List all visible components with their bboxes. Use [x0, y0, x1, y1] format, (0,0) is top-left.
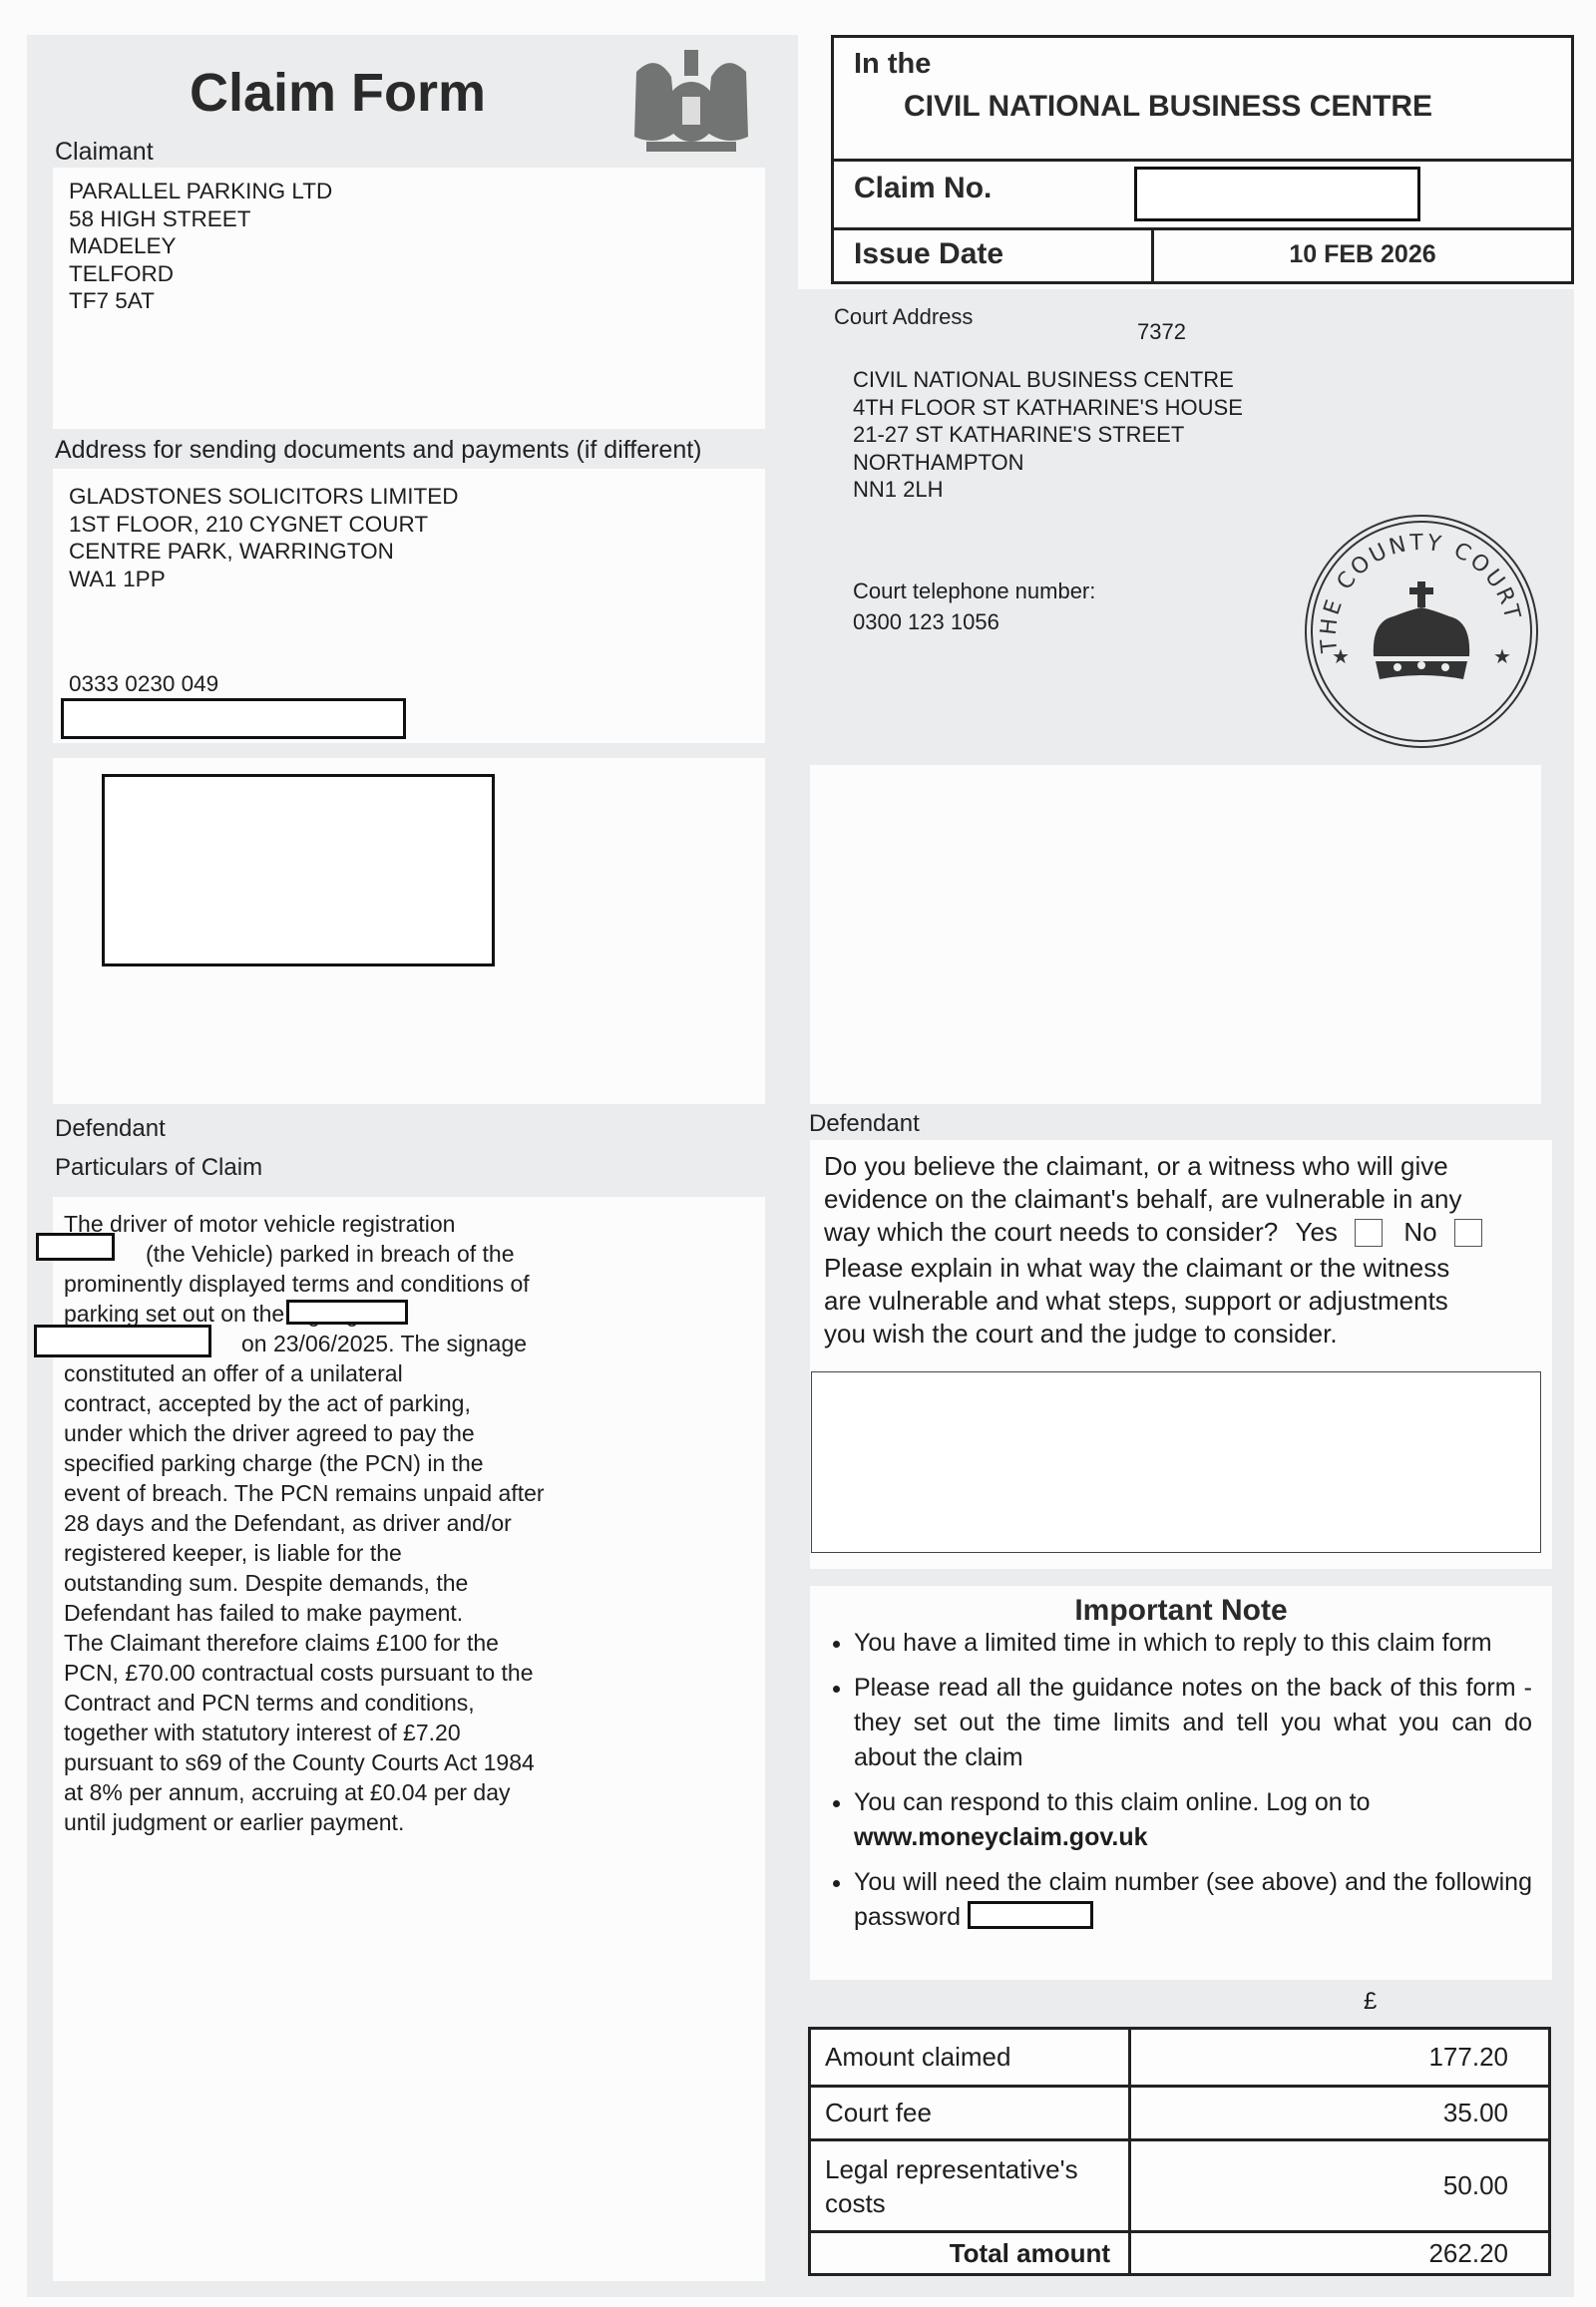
service-phone: 0333 0230 049: [69, 670, 218, 698]
particulars-line: outstanding sum. Despite demands, the: [64, 1568, 702, 1598]
reference-redaction: [61, 698, 406, 739]
vulnerability-explain-field[interactable]: [811, 1371, 1541, 1553]
note-item: You can respond to this claim online. Lo…: [854, 1785, 1532, 1855]
claim-number-redaction: [1134, 167, 1420, 221]
particulars-label: Particulars of Claim: [55, 1154, 262, 1182]
particulars-line: Defendant has failed to make payment.: [64, 1598, 702, 1628]
court-address-label: Court Address: [834, 304, 973, 330]
claimant-label: Claimant: [55, 138, 154, 167]
important-note-box: Important Note You have a limited time i…: [810, 1586, 1552, 1980]
court-code: 7372: [1137, 319, 1186, 345]
particulars-line: constituted an offer of a unilateral: [64, 1358, 702, 1388]
particulars-line: under which the driver agreed to pay the: [64, 1418, 702, 1448]
particulars-line: event of breach. The PCN remains unpaid …: [64, 1478, 702, 1508]
right-blank-box: [810, 765, 1541, 1104]
particulars-line: specified parking charge (the PCN) in th…: [64, 1448, 702, 1478]
password-redaction: [968, 1901, 1093, 1929]
important-note-list: You have a limited time in which to repl…: [810, 1626, 1532, 1945]
form-title: Claim Form: [190, 62, 486, 124]
county-court-seal: THE COUNTY COURT ★ ★: [1302, 512, 1541, 751]
note-item: You will need the claim number (see abov…: [854, 1865, 1532, 1935]
amount-row: Legal representative's costs 50.00: [810, 2140, 1550, 2232]
service-address: GLADSTONES SOLICITORS LIMITED 1ST FLOOR,…: [69, 483, 459, 592]
note-item: You have a limited time in which to repl…: [854, 1626, 1532, 1661]
claimant-address: PARALLEL PARKING LTD 58 HIGH STREET MADE…: [69, 178, 332, 315]
court-telephone-label: Court telephone number:: [853, 578, 1095, 604]
particulars-line: (the Vehicle) parked in breach of the: [64, 1239, 702, 1269]
moneyclaim-link[interactable]: www.moneyclaim.gov.uk: [854, 1823, 1148, 1851]
issue-date-value: 10 FEB 2026: [1154, 240, 1571, 269]
currency-symbol: £: [1364, 1988, 1377, 2016]
svg-text:★: ★: [1332, 646, 1350, 668]
note-item: Please read all the guidance notes on th…: [854, 1671, 1532, 1775]
svg-text:★: ★: [1493, 646, 1511, 668]
vulnerability-question: Do you believe the claimant, or a witnes…: [824, 1150, 1552, 1350]
particulars-box: The driver of motor vehicle registration…: [53, 1197, 765, 2281]
court-name: CIVIL NATIONAL BUSINESS CENTRE: [904, 90, 1432, 124]
vulnerability-box: Do you believe the claimant, or a witnes…: [810, 1140, 1552, 1569]
amount-row: Court fee 35.00: [810, 2087, 1550, 2140]
particulars-line: pursuant to s69 of the County Courts Act…: [64, 1747, 702, 1777]
particulars-line: at 8% per annum, accruing at £0.04 per d…: [64, 1777, 702, 1807]
location-redaction-2: [34, 1325, 211, 1357]
particulars-line: 28 days and the Defendant, as driver and…: [64, 1508, 702, 1538]
vulnerability-defendant-label: Defendant: [809, 1110, 920, 1138]
issue-date-label: Issue Date: [854, 237, 1003, 271]
particulars-line: The Claimant therefore claims £100 for t…: [64, 1628, 702, 1658]
court-header-box: In the CIVIL NATIONAL BUSINESS CENTRE Cl…: [831, 35, 1574, 284]
particulars-line: prominently displayed terms and conditio…: [64, 1269, 702, 1299]
service-address-label: Address for sending documents and paymen…: [55, 436, 702, 465]
important-note-title: Important Note: [810, 1594, 1552, 1628]
yes-label: Yes: [1296, 1217, 1338, 1247]
no-label: No: [1403, 1217, 1436, 1247]
particulars-line: registered keeper, is liable for the: [64, 1538, 702, 1568]
yes-checkbox[interactable]: [1355, 1219, 1383, 1247]
defendant-label: Defendant: [55, 1115, 166, 1143]
no-checkbox[interactable]: [1454, 1219, 1482, 1247]
claim-no-label: Claim No.: [854, 172, 992, 205]
court-address: CIVIL NATIONAL BUSINESS CENTRE 4TH FLOOR…: [853, 366, 1243, 504]
particulars-line: contract, accepted by the act of parking…: [64, 1388, 702, 1418]
particulars-line: Contract and PCN terms and conditions,: [64, 1688, 702, 1718]
in-the-label: In the: [854, 48, 931, 81]
location-redaction-1: [286, 1300, 408, 1325]
particulars-line: PCN, £70.00 contractual costs pursuant t…: [64, 1658, 702, 1688]
total-row: Total amount 262.20: [810, 2232, 1550, 2275]
amount-row: Amount claimed 177.20: [810, 2029, 1550, 2087]
court-telephone: 0300 123 1056: [853, 609, 999, 635]
vehicle-registration-redaction: [36, 1233, 115, 1261]
particulars-line: The driver of motor vehicle registration: [64, 1209, 702, 1239]
claimant-box: PARALLEL PARKING LTD 58 HIGH STREET MADE…: [53, 168, 765, 429]
amounts-table: Amount claimed 177.20 Court fee 35.00 Le…: [808, 2027, 1551, 2276]
particulars-line: until judgment or earlier payment.: [64, 1807, 702, 1837]
defendant-address-redaction: [102, 774, 495, 966]
royal-coat-of-arms-icon: [616, 42, 766, 160]
particulars-line: together with statutory interest of £7.2…: [64, 1718, 702, 1747]
